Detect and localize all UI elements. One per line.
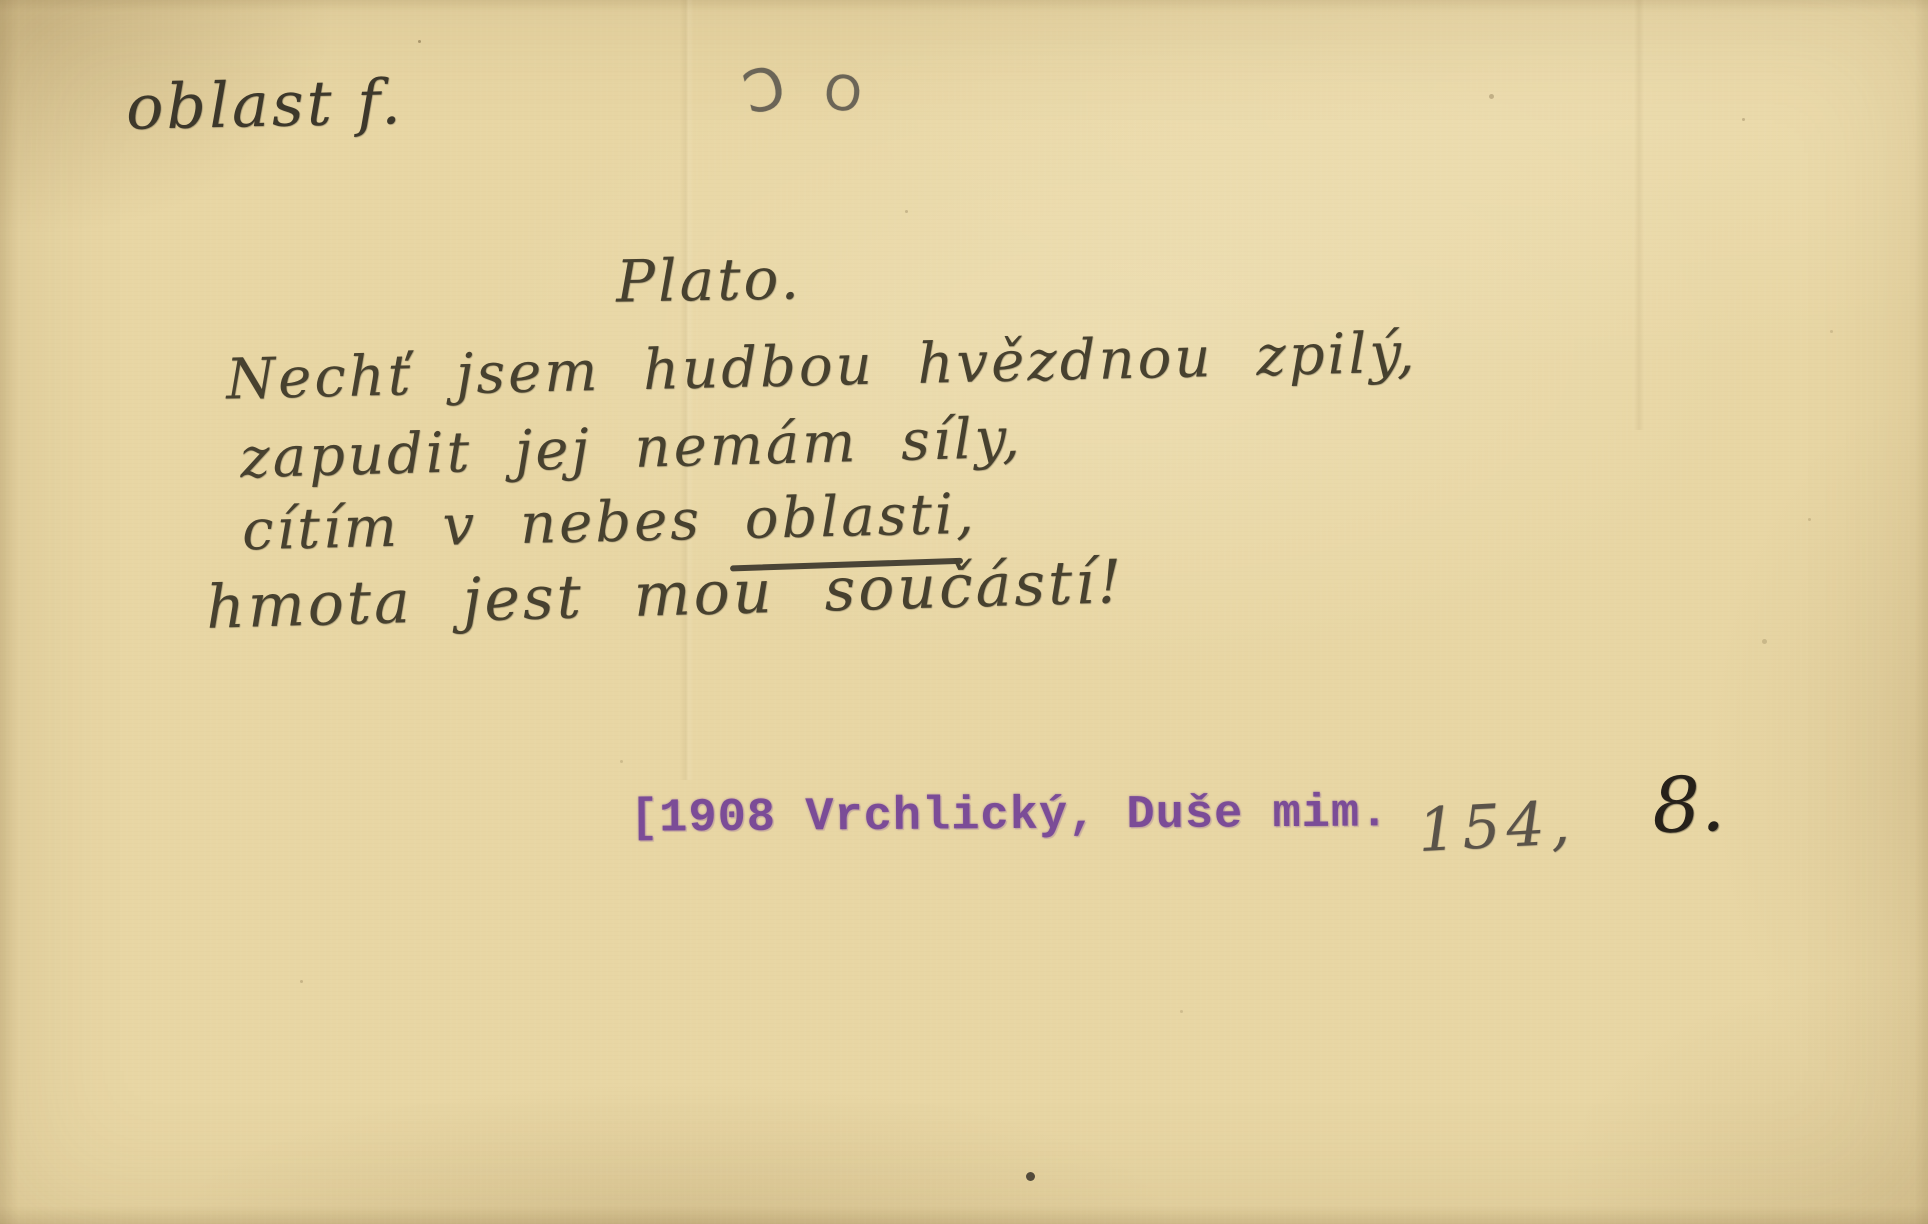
headword-annotation: oblast f. (125, 65, 404, 144)
line-text: cítím v nebes (241, 488, 702, 563)
scanned-archive-card: { "colors": { "paper": "#e8d6a4", "handw… (0, 0, 1928, 1224)
paper-speckles (418, 40, 421, 43)
pencil-marks: Ɔ O (744, 56, 862, 124)
underlined-word: oblasti (744, 482, 956, 552)
line-text: ! (1096, 547, 1125, 618)
line-text: , (955, 482, 977, 547)
word: součástí (823, 548, 1098, 626)
poem-title: Plato. (615, 244, 802, 315)
poem-line-3: cítím v nebes oblasti, (241, 482, 977, 564)
source-date-stamp: [1908 Vrchlický, Duše mim. (630, 787, 1390, 845)
ink-dot (1026, 1172, 1035, 1181)
poem-line-4: hmota jest mou součástí! (205, 547, 1125, 643)
paper-crease (1634, 0, 1644, 430)
poem-line-2: zapudit jej nemám síly, (239, 406, 1023, 491)
poem-line-1: Nechť jsem hudbou hvězdnou zpilý, (225, 320, 1418, 412)
pencil-oval-mark-icon: O (821, 64, 864, 124)
line-text: hmota jest mou (205, 557, 775, 643)
page-reference: 154, (1416, 788, 1577, 866)
pencil-oval-mark-icon: Ɔ (736, 52, 792, 128)
line-reference: 8. (1650, 759, 1726, 850)
